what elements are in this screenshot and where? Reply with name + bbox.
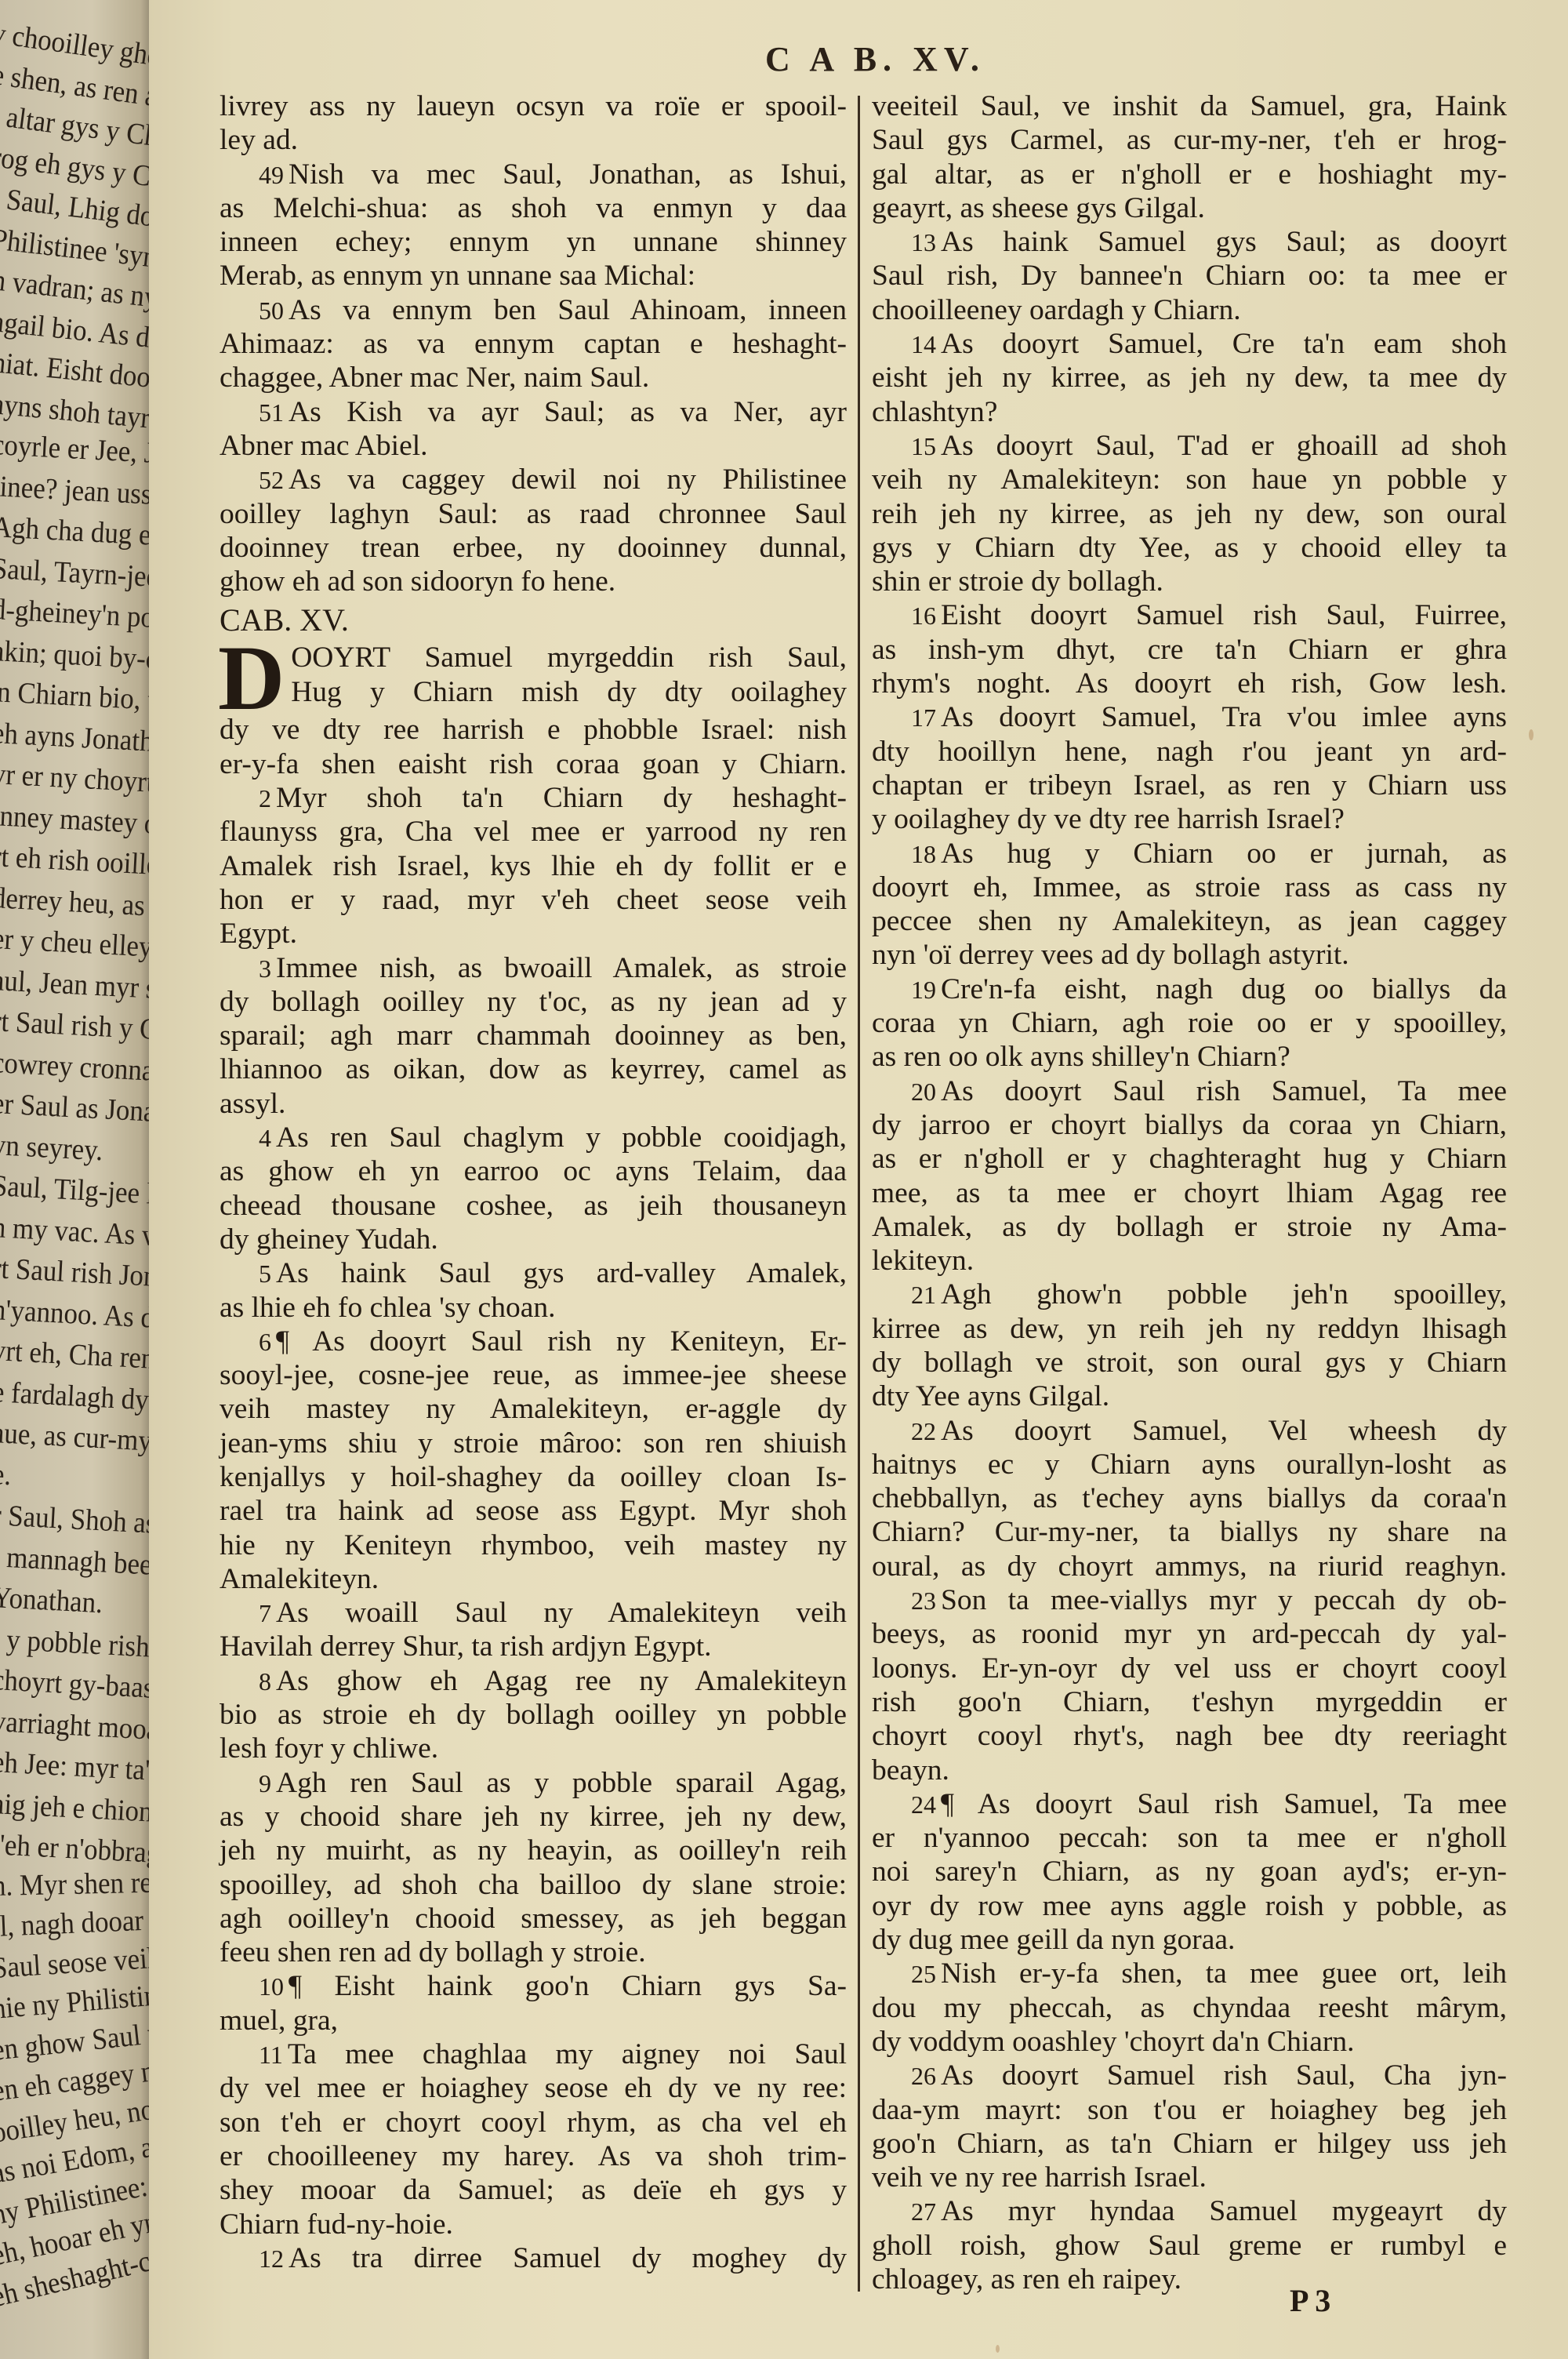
verse-number: 18: [911, 840, 936, 868]
text-line: gal altar, as er n'gholl er e hoshiaght …: [872, 158, 1507, 191]
line-text: As hug y Chiarn oo er jurnah, as: [941, 838, 1507, 870]
verse-number: 21: [911, 1281, 936, 1309]
text-line: geayrt, as sheese gys Gilgal.: [872, 191, 1507, 225]
verse-number: 24: [911, 1790, 936, 1819]
text-line: dy jarroo er choyrt biallys da coraa yn …: [872, 1108, 1507, 1142]
line-text: as er n'gholl er y chaghteraght hug y Ch…: [872, 1143, 1507, 1175]
text-line: chaptan er tribeyn Israel, as ren y Chia…: [872, 769, 1507, 802]
line-text: dty Yee ayns Gilgal.: [872, 1380, 1109, 1412]
text-line: eisht jeh ny kirree, as jeh ny dew, ta m…: [872, 361, 1507, 394]
line-text: noi sarey'n Chiarn, as ny goan ayd's; er…: [872, 1856, 1507, 1888]
facing-page-line: n. Myr shen ren y: [0, 1864, 153, 1903]
text-line: er chooilleeney my harey. As va shoh tri…: [220, 2139, 847, 2173]
verse-line: 10¶ Eisht haink goo'n Chiarn gys Sa-: [220, 1969, 847, 2003]
text-line: dy ve dty ree harrish e phobble Israel: …: [220, 713, 847, 747]
running-head: C A B. XV.: [765, 39, 985, 79]
text-line: muel, gra,: [220, 2004, 847, 2037]
line-text: son t'eh er choyrt cooyl rhym, as cha ve…: [220, 2106, 847, 2139]
line-text: sooyl-jee, cosne-jee reue, as immee-jee …: [220, 1359, 847, 1391]
line-text: dy voddym ooashley 'choyrt da'n Chiarn.: [872, 2026, 1355, 2058]
line-text: ooilley laghyn Saul: as raad chronnee Sa…: [220, 498, 847, 530]
facing-page-line: rt eh rish ooilley Israel: [0, 839, 153, 887]
facing-page-line: yn seyrey.: [0, 1128, 103, 1168]
verse-line: 25Nish er-y-fa shen, ta mee guee ort, le…: [872, 1957, 1507, 1990]
right-column: veeiteil Saul, ve inshit da Samuel, gra,…: [872, 89, 1507, 2296]
verse-number: 13: [911, 228, 936, 256]
line-text: oural, as dy choyrt ammys, na riurid rea…: [872, 1550, 1507, 1583]
facing-page-line: 'n Chiarn bio, ta: [0, 674, 153, 718]
text-line: ghow eh ad son sidooryn fo hene.: [220, 565, 847, 598]
line-text: chloagey, as ren eh raipey.: [872, 2263, 1181, 2295]
line-text: as lhie eh fo chlea 'sy choan.: [220, 1292, 555, 1324]
verse-number: 10: [259, 1972, 284, 2001]
facing-page-line: coyrle er Jee, Jean: [0, 427, 153, 472]
line-text: veih mastey ny Amalekiteyn, er-aggle dy: [220, 1393, 847, 1425]
line-text: as insh-ym dhyt, cre ta'n Chiarn er ghra: [872, 634, 1507, 666]
facing-page-line: er y cheu elley. As: [0, 921, 153, 966]
text-line: lhiannoo as oikan, dow as keyrrey, camel…: [220, 1052, 847, 1086]
verse-line: 15As dooyrt Saul, T'ad er ghoaill ad sho…: [872, 429, 1507, 463]
text-line: dy bollagh ooilley ny t'oc, as ny jean a…: [220, 985, 847, 1019]
line-text: choyrt cooyl rhyt's, nagh bee dty reeria…: [872, 1720, 1507, 1752]
verse-line: 49Nish va mec Saul, Jonathan, as Ishui,: [220, 158, 847, 191]
line-text: dooinney trean erbee, ny dooinney dunnal…: [220, 532, 847, 564]
line-text: kenjallys y hoil-shaghey da ooilley cloa…: [220, 1461, 847, 1493]
facing-page-line: Yonathan.: [0, 1580, 103, 1620]
verse-line: 52As va caggey dewil noi ny Philistinee: [220, 463, 847, 496]
paper-stain: [996, 2345, 1000, 2353]
text-line: mee, as ta mee er choyrt lhiam Agag ree: [872, 1176, 1507, 1210]
line-text: beeys, as roonid myr yn ard-peccah dy ya…: [872, 1618, 1507, 1650]
facing-page-line: Saul, Tilg-jee lottyn: [0, 1169, 153, 1215]
line-text: dy ve dty ree harrish e phobble Israel: …: [220, 714, 847, 746]
line-text: Agh ghow'n pobble jeh'n spooilley,: [941, 1278, 1507, 1310]
verses-chapter-15-continued: veeiteil Saul, ve inshit da Samuel, gra,…: [872, 89, 1507, 2296]
text-line: choyrt cooyl rhyt's, nagh bee dty reeria…: [872, 1719, 1507, 1753]
line-text: Chiarn fud-ny-hoie.: [220, 2208, 453, 2241]
verse-number: 11: [259, 2041, 283, 2069]
text-line: dy bollagh ve stroit, son oural gys y Ch…: [872, 1346, 1507, 1379]
text-line: coraa yn Chiarn, agh roie oo er y spooil…: [872, 1006, 1507, 1040]
verse-number: 6: [259, 1328, 271, 1356]
facing-page-line: aig jeh e chione tuitt: [0, 1787, 153, 1833]
verses-chapter-14-end: livrey ass ny laueyn ocsyn va roïe er sp…: [220, 89, 847, 598]
text-line: jeh ny muirht, as ny heayin, as ooilley'…: [220, 1834, 847, 1867]
verse-line: 17As dooyrt Samuel, Tra v'ou imlee ayns: [872, 700, 1507, 734]
text-line: bio as stroie eh dy bollagh ooilley yn p…: [220, 1698, 847, 1732]
verse-line: 50As va ennym ben Saul Ahinoam, inneen: [220, 293, 847, 327]
verse-number: 51: [259, 398, 284, 427]
text-line: kirree as dew, yn reih jeh ny reddyn lhi…: [872, 1312, 1507, 1346]
line-text: As dooyrt Samuel, Tra v'ou imlee ayns: [941, 701, 1507, 733]
text-line: Saul gys Carmel, as cur-my-ner, t'eh er …: [872, 123, 1507, 157]
line-text: hie ny Keniteyn rhymboo, veih mastey ny: [220, 1529, 847, 1561]
verse-number: 22: [911, 1417, 936, 1445]
facing-page-line: varriaght mooar shoh: [0, 1704, 153, 1751]
text-line: dy vel mee er hoiaghey seose eh dy ve ny…: [220, 2071, 847, 2105]
text-line: shin er stroie dy bollagh.: [872, 565, 1507, 598]
line-text: As va caggey dewil noi ny Philistinee: [289, 463, 847, 496]
line-text: dty hooillyn hene, nagh r'ou jeant yn ar…: [872, 736, 1507, 768]
line-text: chooilleeney oardagh y Chiarn.: [872, 294, 1241, 326]
line-text: feeu shen ren ad dy bollagh y stroie.: [220, 1936, 646, 1968]
line-text: sparail; agh marr chammah dooinney as be…: [220, 1020, 847, 1052]
line-text: rhym's noght. As dooyrt eh rish, Gow les…: [872, 667, 1507, 700]
text-line: ooilley laghyn Saul: as raad chronnee Sa…: [220, 497, 847, 531]
line-text: er n'yannoo peccah: son ta mee er n'ghol…: [872, 1822, 1507, 1854]
text-line: Amalek, as dy bollagh er stroie ny Ama-: [872, 1210, 1507, 1244]
verse-number: 9: [259, 1769, 271, 1797]
text-line: y ooilaghey dy ve dty ree harrish Israel…: [872, 802, 1507, 836]
text-line: chebballyn, as t'echey ayns biallys da c…: [872, 1481, 1507, 1515]
verse-number: 50: [259, 296, 284, 325]
signature-mark: P 3: [1290, 2282, 1330, 2319]
line-text: chaptan er tribeyn Israel, as ren y Chia…: [872, 769, 1507, 801]
line-text: beayn.: [872, 1754, 949, 1787]
line-text: bio as stroie eh dy bollagh ooilley yn p…: [220, 1699, 847, 1731]
line-text: daa-ym mayrt: son t'ou er hoiaghey beg j…: [872, 2094, 1507, 2126]
text-line: kenjallys y hoil-shaghey da ooilley cloa…: [220, 1460, 847, 1494]
line-text: hon er y raad, myr v'eh cheet seose veih: [220, 884, 847, 916]
line-text: ¶ As dooyrt Saul rish Samuel, Ta mee: [941, 1788, 1507, 1820]
line-text: geayrt, as sheese gys Gilgal.: [872, 192, 1205, 224]
line-text: As dooyrt Samuel, Vel wheesh dy: [941, 1415, 1507, 1447]
line-text: Saul gys Carmel, as cur-my-ner, t'eh er …: [872, 124, 1507, 156]
verse-number: 20: [911, 1078, 936, 1106]
facing-page-line: il, nagh dooar eh baase: [0, 1899, 153, 1944]
text-line: Amalekiteyn.: [220, 1562, 847, 1596]
facing-page-line: er Saul as Jonathan: [0, 1086, 153, 1132]
line-text: As haink Saul gys ard-valley Amalek,: [276, 1257, 847, 1289]
line-text: veih ve ny ree harrish Israel.: [872, 2161, 1207, 2194]
verse-number: 15: [911, 432, 936, 460]
text-line: er n'yannoo peccah: son ta mee er n'ghol…: [872, 1821, 1507, 1855]
facing-page-line: n my vac. As va Jon: [0, 1210, 153, 1256]
line-text: er chooilleeney my harey. As va shoh tri…: [220, 2140, 847, 2172]
text-line: jean-yms shiu y stroie mâroo: son ren sh…: [220, 1427, 847, 1460]
line-text: jean-yms shiu y stroie mâroo: son ren sh…: [220, 1427, 847, 1459]
line-text: chebballyn, as t'echey ayns biallys da c…: [872, 1482, 1507, 1514]
text-line: oural, as dy choyrt ammys, na riurid rea…: [872, 1550, 1507, 1583]
facing-page-line: Saul, Tayrn-jee er: [0, 551, 153, 596]
line-text: Abner mac Abiel.: [220, 430, 428, 462]
text-line: ley ad.: [220, 123, 847, 157]
facing-page-line: d-gheiney'n pobble:: [0, 592, 153, 638]
text-line: loonys. Er-yn-oyr dy vel uss er choyrt c…: [872, 1652, 1507, 1685]
verse-line: 27As myr hyndaa Samuel mygeayrt dy: [872, 2194, 1507, 2228]
text-line: chooilleeney oardagh y Chiarn.: [872, 293, 1507, 327]
line-text: rael tra haink ad seose ass Egypt. Myr s…: [220, 1495, 847, 1527]
line-text: peccee shen ny Amalekiteyn, as jean cagg…: [872, 905, 1507, 937]
verse-line: 8As ghow eh Agag ree ny Amalekiteyn: [220, 1664, 847, 1698]
line-text: dy jarroo er choyrt biallys da coraa yn …: [872, 1109, 1507, 1141]
line-text: ¶ As dooyrt Saul rish ny Keniteyn, Er-: [276, 1325, 847, 1358]
line-text: chaggee, Abner mac Ner, naim Saul.: [220, 362, 649, 394]
text-line: dy gheiney Yudah.: [220, 1223, 847, 1256]
verse-number: 19: [911, 976, 936, 1004]
text-line: noi sarey'n Chiarn, as ny goan ayd's; er…: [872, 1855, 1507, 1888]
text-line: flaunyss gra, Cha vel mee er yarrood ny …: [220, 815, 847, 849]
verse-line: 22As dooyrt Samuel, Vel wheesh dy: [872, 1414, 1507, 1448]
verse-line: 3Immee nish, as bwoaill Amalek, as stroi…: [220, 951, 847, 985]
text-line: son t'eh er choyrt cooyl rhym, as cha ve…: [220, 2106, 847, 2139]
verse-line: 18As hug y Chiarn oo er jurnah, as: [872, 837, 1507, 871]
text-line: hon er y raad, myr v'eh cheet seose veih: [220, 883, 847, 917]
facing-page-line: rt Saul rish Jonathan: [0, 1251, 153, 1297]
text-line: inneen echey; ennym yn unnane shinney: [220, 225, 847, 259]
text-line: dy dug mee geill da nyn goraa.: [872, 1923, 1507, 1957]
line-text: flaunyss gra, Cha vel mee er yarrood ny …: [220, 816, 847, 848]
line-text: livrey ass ny laueyn ocsyn va roïe er sp…: [220, 90, 847, 122]
facing-page-line: aul, Jean myr s'bare: [0, 963, 153, 1009]
line-text: gal altar, as er n'gholl er e hoshiaght …: [872, 158, 1507, 191]
facing-page-line: Agh cha dug eh ansoor: [0, 510, 153, 558]
verse-number: 12: [259, 2245, 284, 2273]
text-line: dooyrt eh, Immee, as stroie rass as cass…: [872, 871, 1507, 904]
verses-chapter-15: dy ve dty ree harrish e phobble Israel: …: [220, 713, 847, 2275]
text-line: Ahimaaz: as va ennym captan e heshaght-: [220, 327, 847, 361]
verse-line: 11Ta mee chaghlaa my aigney noi Saul: [220, 2037, 847, 2071]
drop-cap: D: [220, 644, 285, 713]
facing-page-line: yr er ny choyrt: [0, 757, 153, 800]
text-line: beeys, as roonid myr yn ard-peccah dy ya…: [872, 1617, 1507, 1651]
line-text: er-y-fa shen eaisht rish coraa goan y Ch…: [220, 748, 847, 780]
text-line: chloagey, as ren eh raipey.: [872, 2263, 1507, 2296]
line-text: shey mooar da Samuel; as deïe eh gys y: [220, 2174, 847, 2206]
verse-line: 19Cre'n-fa eisht, nagh dug oo biallys da: [872, 972, 1507, 1006]
facing-page-line: e.: [0, 1457, 12, 1492]
text-line: dty Yee ayns Gilgal.: [872, 1379, 1507, 1413]
text-line: rael tra haink ad seose ass Egypt. Myr s…: [220, 1494, 847, 1528]
line-text: Ahimaaz: as va ennym captan e heshaght-: [220, 328, 847, 360]
text-line: as Melchi-shua: as shoh va enmyn y daa: [220, 191, 847, 225]
line-text: dy gheiney Yudah.: [220, 1223, 438, 1256]
line-text: dy vel mee er hoiaghey seose eh dy ve ny…: [220, 2072, 847, 2104]
text-line: Amalek rish Israel, kys lhie eh dy folli…: [220, 849, 847, 883]
text-line: Abner mac Abiel.: [220, 429, 847, 463]
line-text: jeh ny muirht, as ny heayin, as ooilley'…: [220, 1834, 847, 1866]
line-text: As ghow eh Agag ree ny Amalekiteyn: [276, 1665, 847, 1697]
line-text: Agh ren Saul as y pobble sparail Agag,: [276, 1767, 847, 1799]
text-line: veih mastey ny Amalekiteyn, er-aggle dy: [220, 1392, 847, 1426]
facing-page-line: rt Saul rish y Chiarn: [0, 1004, 153, 1050]
text-line: veih ve ny ree harrish Israel.: [872, 2161, 1507, 2194]
facing-page-line: yrt eh, Cha ren mee: [0, 1333, 153, 1379]
verse-number: 7: [259, 1599, 271, 1627]
line-text: dy bollagh ve stroit, son oural gys y Ch…: [872, 1347, 1507, 1379]
text-line: veih ny Amalekiteyn: son haue yn pobble …: [872, 463, 1507, 496]
verse-number: 27: [911, 2197, 936, 2226]
left-column: livrey ass ny laueyn ocsyn va roïe er sp…: [220, 89, 847, 2275]
text-line: nyn 'oï derrey vees ad dy bollagh astyri…: [872, 938, 1507, 972]
text-line: beayn.: [872, 1754, 1507, 1787]
line-text: Cre'n-fa eisht, nagh dug oo biallys da: [941, 973, 1507, 1005]
verse-line: 9Agh ren Saul as y pobble sparail Agag,: [220, 1766, 847, 1800]
line-text: mee, as ta mee er choyrt lhiam Agag ree: [872, 1177, 1507, 1209]
text-line: Chiarn fud-ny-hoie.: [220, 2208, 847, 2241]
verse-line: 14As dooyrt Samuel, Cre ta'n eam shoh: [872, 327, 1507, 361]
text-line: as insh-ym dhyt, cre ta'n Chiarn er ghra: [872, 633, 1507, 667]
facing-page-line: inney mastey ooilley: [0, 798, 153, 845]
line-text: haitnys ec y Chiarn ayns ourallyn-losht …: [872, 1448, 1507, 1481]
line-text: Son ta mee-viallys myr y peccah dy ob-: [941, 1584, 1507, 1616]
facing-page-edge: y chooilley ghooinneye shen, as ren ad y…: [0, 0, 153, 2359]
facing-page-line: tinee? jean uss ad y: [0, 469, 153, 514]
facing-page-line: e fardalagh dy vill er: [0, 1375, 153, 1421]
verse-number: 52: [259, 466, 284, 494]
line-text: ¶ Eisht haink goo'n Chiarn gys Sa-: [289, 1970, 847, 2002]
verse-line: 21Agh ghow'n pobble jeh'n spooilley,: [872, 1278, 1507, 1311]
text-line: Egypt.: [220, 917, 847, 951]
line-text: Amalek rish Israel, kys lhie eh dy folli…: [220, 850, 847, 882]
text-line: as er n'gholl er y chaghteraght hug y Ch…: [872, 1142, 1507, 1176]
line-text: y ooilaghey dy ve dty ree harrish Israel…: [872, 803, 1345, 835]
line-text: Immee nish, as bwoaill Amalek, as stroie: [276, 952, 847, 984]
verse-line: 23Son ta mee-viallys myr y peccah dy ob-: [872, 1583, 1507, 1617]
line-text: reih jeh ny kirree, as jeh ny dew, son o…: [872, 498, 1507, 530]
text-line: reih jeh ny kirree, as jeh ny dew, son o…: [872, 497, 1507, 531]
line-text: veeiteil Saul, ve inshit da Samuel, gra,…: [872, 90, 1507, 122]
text-line: as lhie eh fo chlea 'sy choan.: [220, 1291, 847, 1325]
text-line: sooyl-jee, cosne-jee reue, as immee-jee …: [220, 1358, 847, 1392]
line-text: oyr dy row mee ayns aggle roish y pobble…: [872, 1890, 1507, 1922]
facing-page-line: eh Jee: myr ta'n Chiarn: [0, 1745, 153, 1793]
text-line: assyl.: [220, 1087, 847, 1121]
text-line: agh ooilley'n chooid smessey, as jeh beg…: [220, 1902, 847, 1936]
facing-page-line: eh ayns Jonathan: [0, 716, 153, 760]
line-text: as ghow eh yn earroo oc ayns Telaim, daa: [220, 1155, 847, 1187]
line-text: as y chooid share jeh ny kirree, jeh ny …: [220, 1801, 847, 1833]
line-text: ley ad.: [220, 124, 298, 156]
line-text: dy dug mee geill da nyn goraa.: [872, 1924, 1235, 1956]
line-text: As dooyrt Samuel rish Saul, Cha jyn-: [941, 2059, 1507, 2092]
line-text: dy bollagh ooilley ny t'oc, as ny jean a…: [220, 986, 847, 1018]
line-text: Merab, as ennym yn unnane saa Michal:: [220, 260, 695, 292]
text-line: cheead thousane coshee, as jeih thousane…: [220, 1189, 847, 1223]
line-text: As dooyrt Saul rish Samuel, Ta mee: [941, 1075, 1507, 1107]
text-line: hie ny Keniteyn rhymboo, veih mastey ny: [220, 1528, 847, 1562]
facing-page-line: cowrey cronnal. As: [0, 1045, 153, 1091]
line-text: muel, gra,: [220, 2005, 338, 2037]
line-text: chlashtyn?: [872, 396, 997, 428]
line-text: agh ooilley'n chooid smessey, as jeh beg…: [220, 1903, 847, 1935]
text-line: shey mooar da Samuel; as deïe eh gys y: [220, 2173, 847, 2207]
verse-line: 2Myr shoh ta'n Chiarn dy heshaght-: [220, 781, 847, 815]
line-text: Myr shoh ta'n Chiarn dy heshaght-: [276, 782, 847, 814]
line-text: dooyrt eh, Immee, as stroie rass as cass…: [872, 871, 1507, 903]
text-line: dooinney trean erbee, ny dooinney dunnal…: [220, 531, 847, 565]
text-line: daa-ym mayrt: son t'ou er hoiaghey beg j…: [872, 2093, 1507, 2127]
line-text: As haink Samuel gys Saul; as dooyrt: [941, 226, 1507, 258]
verse-number: 16: [911, 602, 936, 630]
text-line: dy voddym ooashley 'choyrt da'n Chiarn.: [872, 2025, 1507, 2059]
line-text: As dooyrt Samuel, Cre ta'n eam shoh: [941, 328, 1507, 360]
facing-page-line: akin; quoi by-chyndaa: [0, 634, 153, 681]
line-text: ghow eh ad son sidooryn fo hene.: [220, 565, 615, 598]
text-line: chlashtyn?: [872, 395, 1507, 429]
line-text: dou my pheccah, as chyndaa reesht mârym,: [872, 1992, 1507, 2024]
text-line: lesh foyr y chliwe.: [220, 1732, 847, 1765]
line-text: lhiannoo as oikan, dow as keyrrey, camel…: [220, 1053, 847, 1085]
verse-line: 51As Kish va ayr Saul; as va Ner, ayr: [220, 395, 847, 429]
verse-line: 7As woaill Saul ny Amalekiteyn veih: [220, 1596, 847, 1630]
text-line: Havilah derrey Shur, ta rish ardjyn Egyp…: [220, 1630, 847, 1663]
text-line: rhym's noght. As dooyrt eh rish, Gow les…: [872, 667, 1507, 700]
line-text: gys y Chiarn dty Yee, as y chooid elley …: [872, 532, 1507, 564]
line-text: Amalekiteyn.: [220, 1563, 379, 1595]
text-line: sparail; agh marr chammah dooinney as be…: [220, 1019, 847, 1052]
verse-line: 5As haink Saul gys ard-valley Amalek,: [220, 1256, 847, 1290]
text-line: Merab, as ennym yn unnane saa Michal:: [220, 259, 847, 293]
verse-number: 17: [911, 703, 936, 732]
line-text: loonys. Er-yn-oyr dy vel uss er choyrt c…: [872, 1652, 1507, 1685]
column-divider: [858, 96, 860, 2292]
text-line: feeu shen ren ad dy bollagh y stroie.: [220, 1936, 847, 1969]
verse-line: 13As haink Samuel gys Saul; as dooyrt: [872, 225, 1507, 259]
facing-page-line: choyrt gy-baase, ta: [0, 1663, 153, 1708]
line-text: Chiarn? Cur-my-ner, ta biallys ny share …: [872, 1516, 1507, 1548]
line-text: gholl roish, ghow Saul greme er rumbyl e: [872, 2230, 1507, 2262]
text-line: as y chooid share jeh ny kirree, jeh ny …: [220, 1800, 847, 1834]
opening-line: OOYRT Samuel myrgeddin rish Saul,: [220, 641, 847, 674]
line-text: As myr hyndaa Samuel mygeayrt dy: [941, 2195, 1507, 2227]
line-text: lesh foyr y chliwe.: [220, 1732, 438, 1765]
text-line: gys y Chiarn dty Yee, as y chooid elley …: [872, 531, 1507, 565]
line-text: Egypt.: [220, 918, 297, 950]
text-line: gholl roish, ghow Saul greme er rumbyl e: [872, 2229, 1507, 2263]
text-line: Chiarn? Cur-my-ner, ta biallys ny share …: [872, 1515, 1507, 1549]
line-text: as ren oo olk ayns shilley'n Chiarn?: [872, 1041, 1290, 1073]
text-line: Saul rish, Dy bannee'n Chiarn oo: ta mee…: [872, 259, 1507, 293]
line-text: As tra dirree Samuel dy moghey dy: [289, 2242, 847, 2274]
verse-number: 23: [911, 1587, 936, 1615]
verse-line: 16Eisht dooyrt Samuel rish Saul, Fuirree…: [872, 598, 1507, 632]
facing-page-line: ; mannagh bee oo: [0, 1539, 153, 1584]
line-text: Ta mee chaghlaa my aigney noi Saul: [288, 2038, 847, 2070]
line-text: As woaill Saul ny Amalekiteyn veih: [276, 1597, 847, 1629]
facing-page-line: r Saul, Shoh as nys: [0, 1498, 153, 1543]
line-text: assyl.: [220, 1088, 285, 1120]
verse-line: 4As ren Saul chaglym y pobble cooidjagh,: [220, 1121, 847, 1154]
line-text: lekiteyn.: [872, 1245, 974, 1277]
verse-line: 26As dooyrt Samuel rish Saul, Cha jyn-: [872, 2059, 1507, 2092]
text-line: chaggee, Abner mac Ner, naim Saul.: [220, 361, 847, 394]
chapter-heading: CAB. XV.: [220, 600, 847, 641]
verse-number: 25: [911, 1960, 936, 1988]
text-line: dou my pheccah, as chyndaa reesht mârym,: [872, 1991, 1507, 2025]
verse-number: 49: [259, 161, 284, 189]
verse-number: 14: [911, 330, 936, 358]
line-text: As dooyrt Saul, T'ad er ghoaill ad shoh: [941, 430, 1507, 462]
verse-line: 24¶ As dooyrt Saul rish Samuel, Ta mee: [872, 1787, 1507, 1821]
line-text: nyn 'oï derrey vees ad dy bollagh astyri…: [872, 939, 1349, 971]
line-text: coraa yn Chiarn, agh roie oo er y spooil…: [872, 1007, 1507, 1039]
text-line: dty hooillyn hene, nagh r'ou jeant yn ar…: [872, 735, 1507, 769]
line-text: As Kish va ayr Saul; as va Ner, ayr: [289, 396, 847, 428]
text-line: as ghow eh yn earroo oc ayns Telaim, daa: [220, 1154, 847, 1188]
text-line: oyr dy row mee ayns aggle roish y pobble…: [872, 1889, 1507, 1923]
facing-page-line: aue, as cur-my-ner,: [0, 1416, 153, 1461]
line-text: Amalek, as dy bollagh er stroie ny Ama-: [872, 1211, 1507, 1243]
line-text: shin er stroie dy bollagh.: [872, 565, 1163, 598]
text-line: rish goo'n Chiarn, t'eshyn myrgeddin er: [872, 1685, 1507, 1719]
text-line: goo'n Chiarn, as ta'n Chiarn er hilgey u…: [872, 2127, 1507, 2161]
line-text: goo'n Chiarn, as ta'n Chiarn er hilgey u…: [872, 2128, 1507, 2160]
verse-number: 2: [259, 784, 271, 812]
verse-line: 6¶ As dooyrt Saul rish ny Keniteyn, Er-: [220, 1325, 847, 1358]
verse-line: 20As dooyrt Saul rish Samuel, Ta mee: [872, 1074, 1507, 1108]
line-text: spooilley, ad shoh cha bailloo dy slane …: [220, 1869, 847, 1901]
